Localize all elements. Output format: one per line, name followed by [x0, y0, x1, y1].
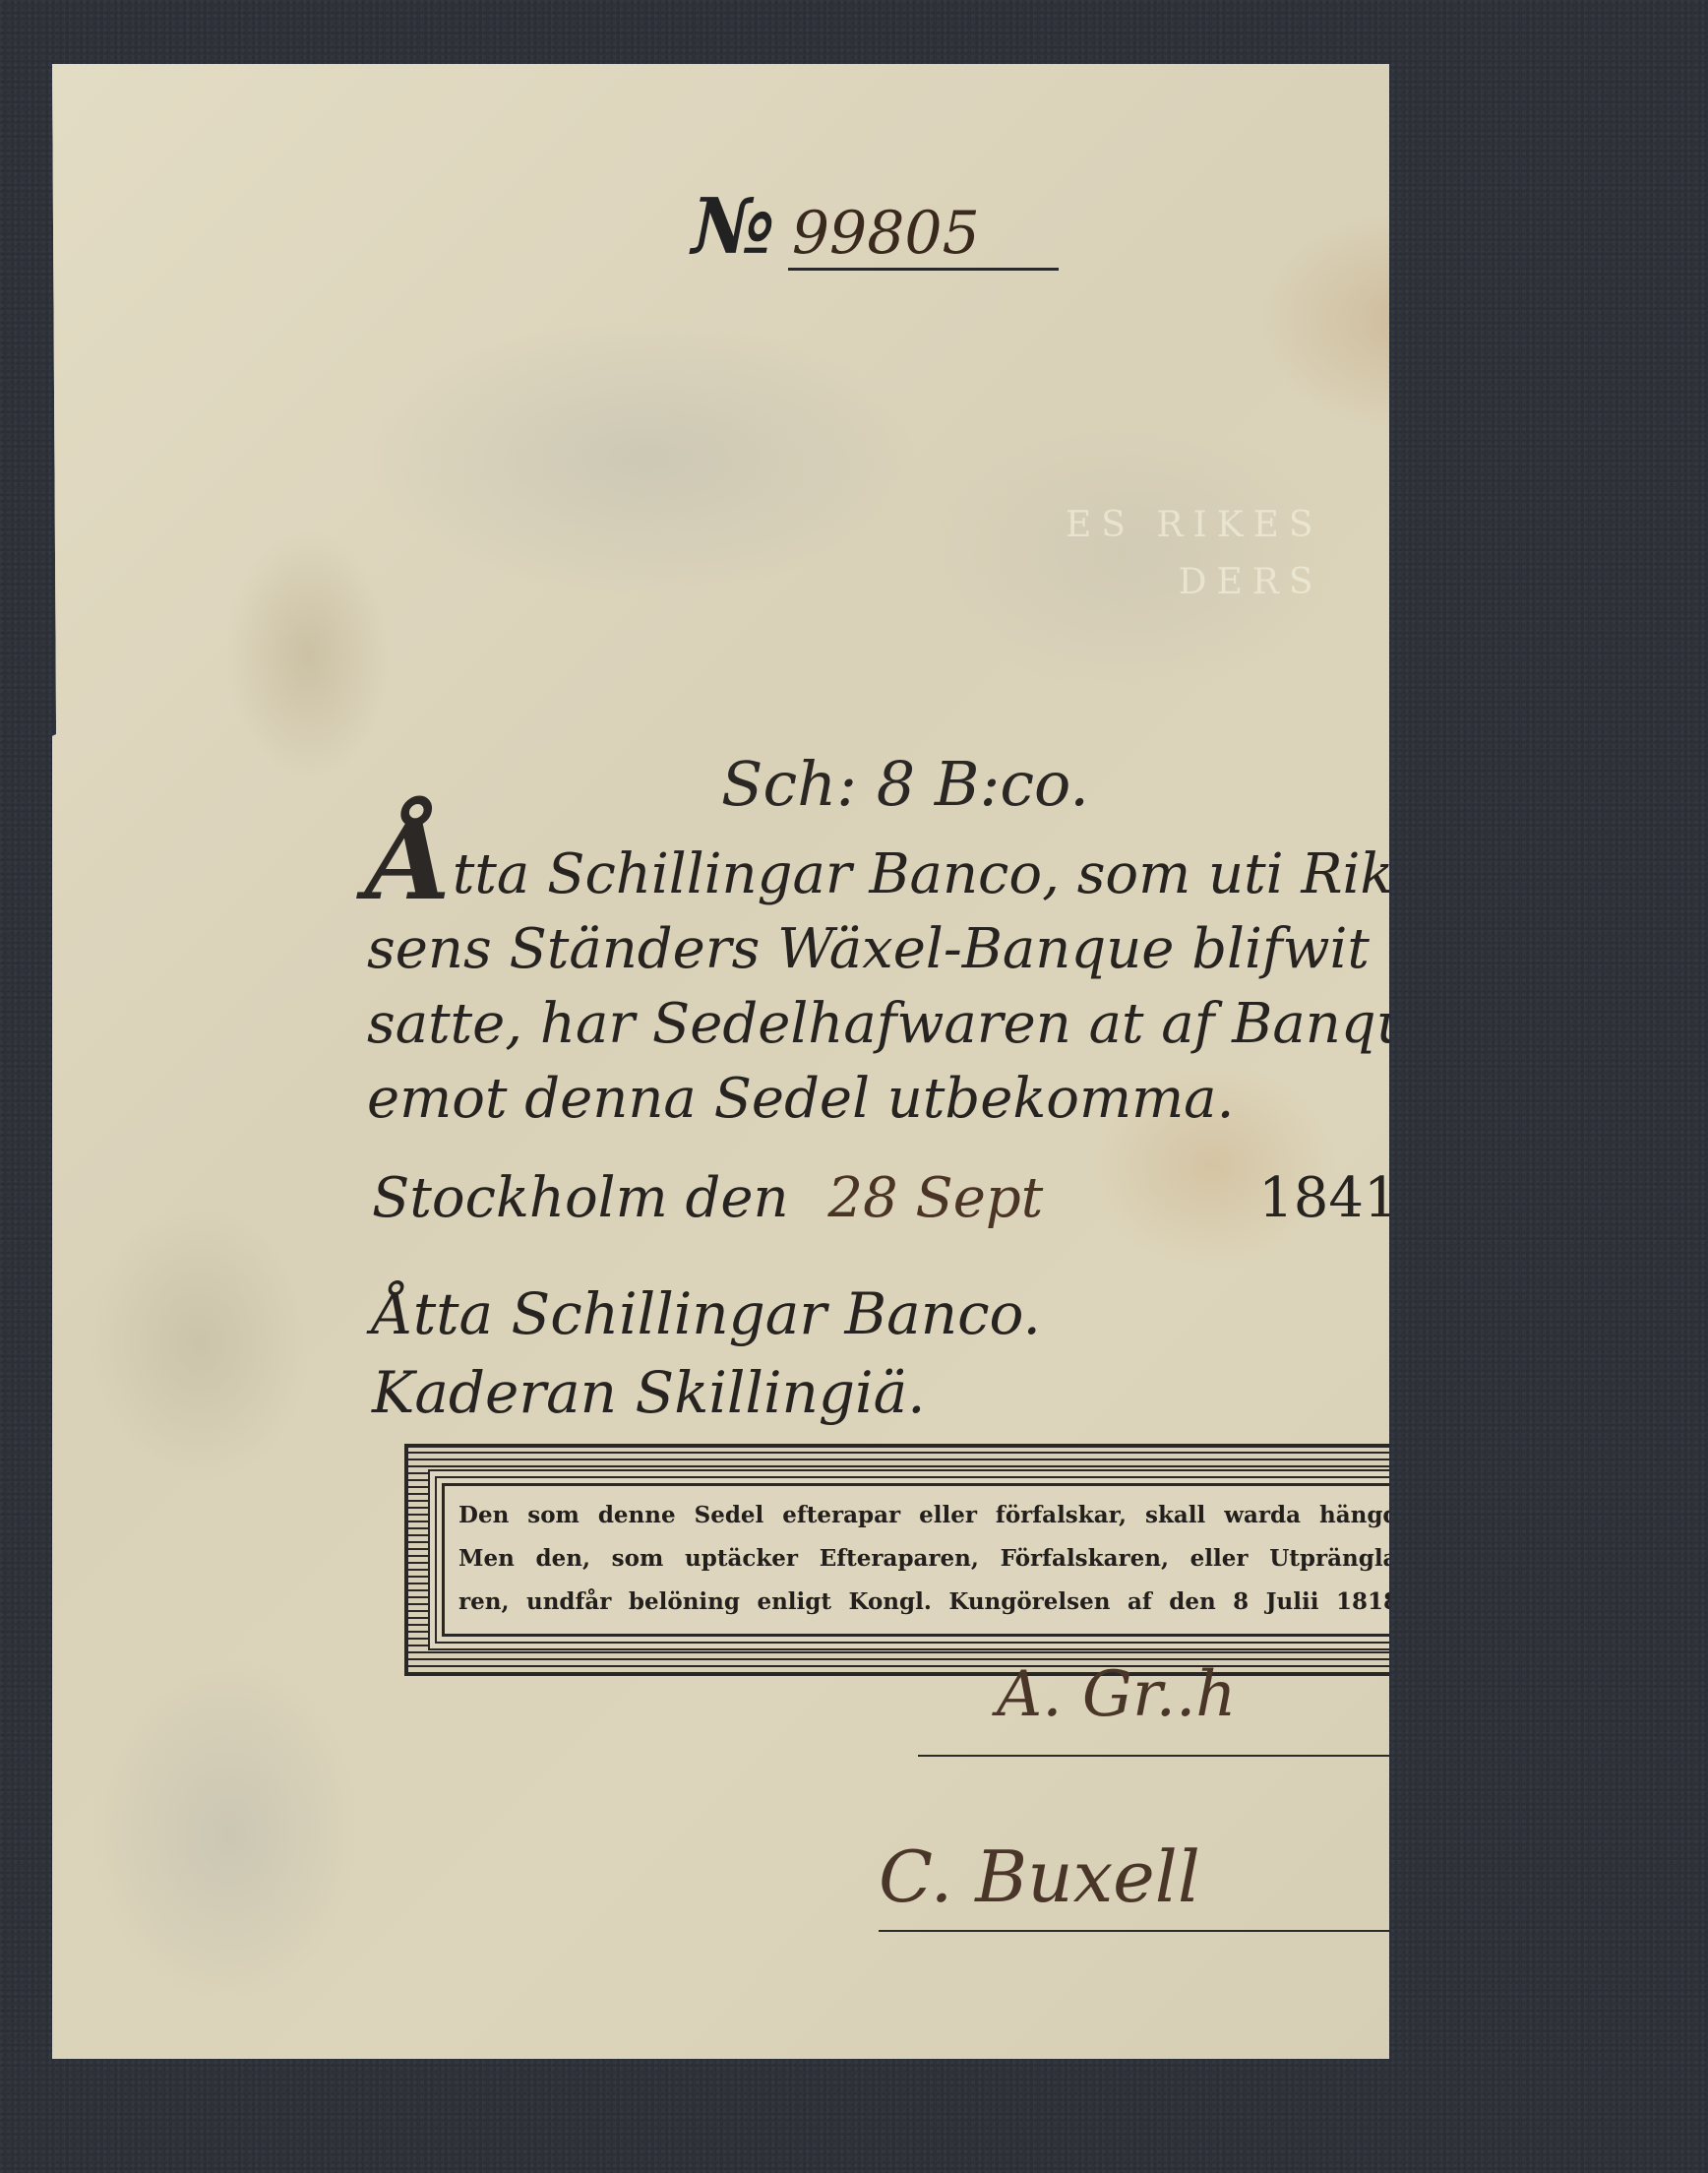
serial-number: № 99805 [692, 182, 1059, 272]
handwritten-date: 28 Sept [827, 1166, 1241, 1230]
warning-text: Den som denne Sedel efterapar eller förf… [442, 1483, 1424, 1637]
note-body: Åtta Schillingar Banco, som uti Rik- sen… [367, 832, 1498, 1137]
counterfeit-warning-box: Den som denne Sedel efterapar eller förf… [404, 1444, 1461, 1676]
denomination: Sch: 8 B:co. [721, 748, 1089, 820]
watermark-line-1: ES RIKES [1066, 497, 1323, 554]
amount-text: Åtta Schillingar Banco. Kaderan Skilling… [372, 1274, 1041, 1432]
numero-sign: № [692, 182, 771, 272]
amount-swedish: Åtta Schillingar Banco. [372, 1274, 1041, 1353]
signature-line-2 [879, 1930, 1390, 1932]
signature-1: A. Gr..h [918, 1658, 1430, 1767]
body-line-3: satte, har Sedelhafwaren at af Banquen [367, 987, 1498, 1062]
date-line: Stockholm den 28 Sept 1841. [372, 1166, 1416, 1230]
date-place: Stockholm den [372, 1166, 789, 1230]
amount-finnish: Kaderan Skillingiä. [372, 1353, 1041, 1432]
watermark: ES RIKES DERS [1066, 497, 1323, 611]
signature-2: C. Buxell [839, 1826, 1469, 1944]
body-line-2: sens Ständers Wäxel-Banque blifwit in- [367, 912, 1498, 987]
banknote-paper: № 99805 ES RIKES DERS Sch: 8 B:co. Åtta … [52, 64, 1389, 2059]
date-year: 1841. [1258, 1166, 1416, 1230]
warning-line-3: ren, undfår belöning enligt Kongl. Kungö… [458, 1581, 1407, 1624]
signature-line-1 [918, 1755, 1410, 1757]
body-line-4: emot denna Sedel utbekomma. [367, 1062, 1498, 1137]
serial-value: 99805 [788, 199, 1059, 271]
warning-line-2: Men den, som uptäcker Efterapar­en, Förf… [458, 1537, 1407, 1581]
body-line-1: Åtta Schillingar Banco, som uti Rik- [367, 832, 1498, 912]
watermark-line-2: DERS [1066, 554, 1323, 611]
ornamental-initial: Å [367, 796, 453, 925]
warning-line-1: Den som denne Sedel efterapar eller förf… [458, 1494, 1407, 1537]
